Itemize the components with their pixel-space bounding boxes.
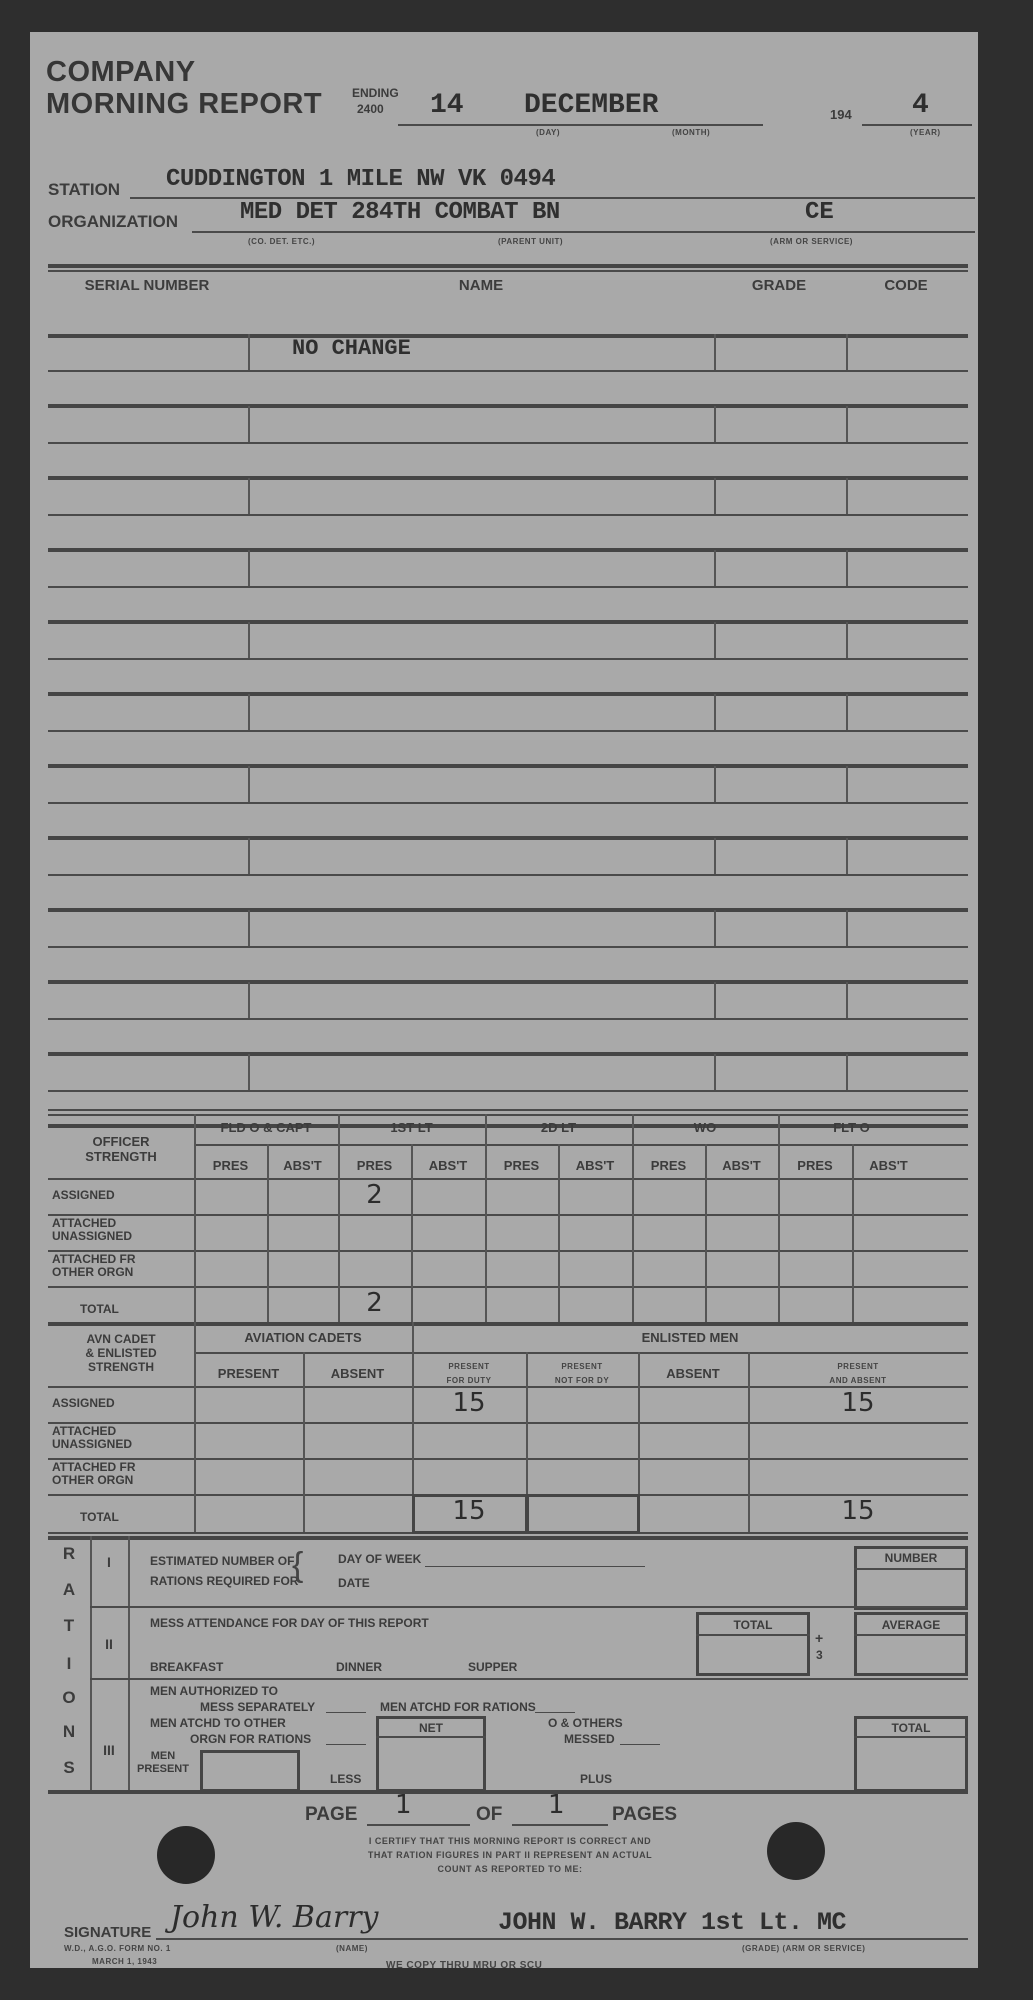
date-underline [398,124,763,126]
roster-pair-rule [48,620,968,624]
roster-col-divider [248,766,250,802]
co-det-caption: (CO. DET. ETC.) [248,237,315,246]
morning-report-form: COMPANY MORNING REPORT ENDING 2400 14 DE… [30,32,978,1968]
roster-col-divider [248,406,250,442]
of-label: OF [476,1804,502,1826]
officer-row-rule [48,1250,968,1252]
roster-header-serial: SERIAL NUMBER [48,277,246,294]
mess-average-label: AVERAGE [854,1618,968,1632]
year-underline [862,124,972,126]
roster-col-divider [714,406,716,442]
roster-pair-rule [48,476,968,480]
roster-col-divider [846,622,848,658]
officer-col-divider [705,1144,707,1322]
officer-col-divider [632,1114,634,1322]
certify-line1: I CERTIFY THAT THIS MORNING REPORT IS CO… [250,1836,770,1846]
present-and-absent-header: PRESENTAND ABSENT [748,1360,968,1388]
mess-average-rule [854,1634,968,1636]
month-caption: (MONTH) [672,128,710,137]
page-underline [367,1824,470,1826]
roster-col-divider [846,982,848,1018]
name-caption: (NAME) [336,1944,368,1953]
number-label: NUMBER [854,1551,968,1565]
officer-sub-header: PRES [485,1158,558,1173]
enlisted-row-rule [48,1422,968,1424]
officer-sub-header: ABS'T [411,1158,485,1173]
authorized-line2: MESS SEPARATELY [200,1700,315,1714]
binder-hole-right [767,1822,825,1880]
officer-sub-header: PRES [194,1158,267,1173]
enlisted-top-rule [48,1322,968,1326]
day-caption: (DAY) [536,128,560,137]
dinner-label: DINNER [336,1660,382,1674]
station-value: CUDDINGTON 1 MILE NW VK 0494 [166,166,555,193]
grade-caption: (GRADE) (ARM OR SERVICE) [742,1944,865,1953]
roster-bottom-rule [48,1109,968,1111]
signature-underline [156,1938,968,1940]
other-orgn-line2: ORGN FOR RATIONS [190,1732,311,1746]
roster-col-divider [846,694,848,730]
report-day: 14 [430,90,464,121]
roster-row-rule [48,1090,968,1092]
officer-group-header: FLD O & CAPT [194,1120,338,1135]
date-label: DATE [338,1576,370,1590]
part1-text1: ESTIMATED NUMBER OF [150,1554,294,1568]
officer-sub-header: ABS'T [705,1158,778,1173]
roster-col-divider [846,478,848,514]
officer-row-rule [48,1178,968,1180]
organization-underline [192,231,975,233]
report-month: DECEMBER [524,90,658,121]
officer-sub-header: PRES [338,1158,411,1173]
roster-top-rule [48,264,968,268]
roster-col-divider [248,478,250,514]
roster-col-divider [846,910,848,946]
form-title-line1: COMPANY [46,56,196,88]
station-label: STATION [48,180,120,200]
form-number: W.D., A.G.O. FORM NO. 1 [64,1944,171,1953]
roster-pair-rule [48,836,968,840]
part2-rule [90,1678,968,1680]
rations-side-letter: S [48,1758,90,1778]
roster-col-divider [714,766,716,802]
enlisted-row-label: ATTACHED FROTHER ORGN [52,1461,136,1487]
officer-col-divider [194,1114,196,1322]
officer-strength-title: OFFICERSTRENGTH [48,1134,194,1164]
roster-col-divider [248,334,250,370]
rations-side-letter: A [48,1580,90,1600]
roster-top-rule-2 [48,270,968,272]
signature-label: SIGNATURE [64,1924,151,1941]
plus-label: PLUS [580,1772,612,1786]
roster-header-code: CODE [846,277,966,294]
day-of-week-field[interactable] [425,1566,645,1567]
pages-label: PAGES [612,1804,677,1826]
men-present-box[interactable] [200,1750,300,1792]
roster-header-name: NAME [248,277,714,294]
roster-col-divider [714,550,716,586]
divide-three: 3 [816,1648,823,1662]
roster-col-divider [248,694,250,730]
enlisted-row-rule [48,1458,968,1460]
supper-label: SUPPER [468,1660,517,1674]
mess-total-rule [696,1634,810,1636]
roster-pair-rule [48,548,968,552]
other-orgn-line1: MEN ATCHD TO OTHER [150,1716,286,1730]
roster-row-rule [48,658,968,660]
officer-row-label: ASSIGNED [52,1188,115,1202]
men-present-label: MENPRESENT [128,1750,198,1776]
roster-col-divider [846,334,848,370]
roster-col-divider [248,550,250,586]
mess-attendance-title: MESS ATTENDANCE FOR DAY OF THIS REPORT [150,1616,429,1630]
roster-col-divider [846,1054,848,1090]
enlisted-strength-title: AVN CADET& ENLISTEDSTRENGTH [48,1332,194,1374]
of-underline [512,1824,608,1826]
roster-pair-rule [48,908,968,912]
officer-group-header: 1ST LT [338,1120,485,1135]
cadets-present-header: PRESENT [194,1366,303,1381]
roster-col-divider [714,838,716,874]
form-date: MARCH 1, 1943 [92,1957,157,1966]
net-box-rule [376,1736,486,1738]
officer-cell: 2 [338,1288,411,1318]
authorized-line1: MEN AUTHORIZED TO [150,1684,278,1698]
part1-text2: RATIONS REQUIRED FOR [150,1574,298,1588]
roster-row-rule [48,730,968,732]
mess-total-label: TOTAL [696,1618,810,1632]
roster-col-divider [248,910,250,946]
present-not-for-duty-header: PRESENTNOT FOR DY [526,1360,638,1388]
roster-col-divider [846,766,848,802]
officer-row-label: TOTAL [80,1302,119,1316]
rations-side-letter: O [48,1688,90,1708]
part1-numeral: I [90,1554,128,1570]
officer-group-header: FLT O [778,1120,925,1135]
enlisted-group-rule [194,1352,968,1354]
signature-script: John W. Barry [170,1900,379,1935]
rations-side-letter: N [48,1722,90,1742]
enlisted-row-label: ASSIGNED [52,1396,115,1410]
atchd-rations-field[interactable] [535,1712,575,1713]
officer-row-label: ATTACHEDUNASSIGNED [52,1217,132,1243]
page-label: PAGE [305,1804,357,1826]
enlisted-col-divider [194,1322,196,1532]
rations-total-rule [854,1736,968,1738]
roster-pair-rule [48,980,968,984]
roster-row-rule [48,442,968,444]
mess-separately-field[interactable] [326,1712,366,1713]
officer-group-header: WO [632,1120,778,1135]
enlisted-men-header: ENLISTED MEN [412,1330,968,1345]
roster-col-divider [714,982,716,1018]
roster-entry-name: NO CHANGE [292,336,411,361]
roster-row-rule [48,514,968,516]
roster-col-divider [714,694,716,730]
roster-pair-rule [48,764,968,768]
of-value: 1 [548,1790,565,1820]
officer-sub-header: PRES [778,1158,852,1173]
officer-col-divider [485,1114,487,1322]
roster-row-rule [48,586,968,588]
organization-unit: MED DET 284TH COMBAT BN [240,199,560,226]
present-for-duty-header: PRESENTFOR DUTY [412,1360,526,1388]
rations-total-label: TOTAL [854,1721,968,1735]
enlisted-cell: 15 [412,1496,526,1526]
roster-col-divider [714,622,716,658]
atchd-rations-label: MEN ATCHD FOR RATIONS [380,1700,536,1714]
rations-side-letter: T [48,1616,90,1636]
officer-col-divider [558,1144,560,1322]
enlisted-cell: 15 [748,1496,968,1526]
arm-caption: (ARM OR SERVICE) [770,237,853,246]
certify-line3: COUNT AS REPORTED TO ME: [250,1864,770,1874]
rations-side-letter: I [48,1654,90,1674]
roster-col-divider [248,622,250,658]
year-caption: (YEAR) [910,128,941,137]
officer-sub-header: ABS'T [852,1158,925,1173]
enlisted-cell: 15 [412,1388,526,1418]
officer-col-divider [852,1144,854,1322]
roster-col-divider [714,334,716,370]
number-box-rule [854,1568,968,1570]
aviation-cadets-header: AVIATION CADETS [194,1330,412,1345]
roster-pair-rule [48,692,968,696]
parent-unit-caption: (PARENT UNIT) [498,237,563,246]
roster-header-rule [48,334,968,338]
part1-rule [90,1606,968,1608]
enlisted-absent-header: ABSENT [638,1366,748,1381]
brace-icon: { [292,1546,303,1585]
rations-bottom-rule [48,1790,968,1794]
roster-col-divider [714,478,716,514]
report-year: 4 [912,90,929,121]
other-orgn-field[interactable] [326,1744,366,1745]
roster-pair-rule [48,1052,968,1056]
officer-col-divider [778,1114,780,1322]
year-prefix: 194 [830,107,852,122]
officer-row-label: ATTACHED FROTHER ORGN [52,1253,136,1279]
officer-sub-header: ABS'T [558,1158,632,1173]
enlisted-row-label: TOTAL [80,1510,119,1524]
o-others-line2: MESSED [564,1732,615,1746]
officer-col-divider [411,1144,413,1322]
roster-row-rule [48,370,968,372]
net-label: NET [376,1721,486,1735]
o-others-line1: O & OTHERS [548,1716,623,1730]
part2-numeral: II [90,1636,128,1652]
roster-col-divider [248,1054,250,1090]
roster-row-rule [48,874,968,876]
certify-line2: THAT RATION FIGURES IN PART II REPRESENT… [250,1850,770,1860]
organization-arm: CE [805,199,834,226]
roster-row-rule [48,1018,968,1020]
roster-col-divider [846,550,848,586]
officer-row-rule [48,1286,968,1288]
enlisted-row-label: ATTACHEDUNASSIGNED [52,1425,132,1451]
part3-numeral: III [90,1742,128,1758]
roster-header-grade: GRADE [714,277,844,294]
officer-sub-header: ABS'T [267,1158,338,1173]
ending-label: ENDING [352,86,399,100]
rations-side-letter: R [48,1544,90,1564]
officer-col-divider [267,1144,269,1322]
officer-sub-header: PRES [632,1158,705,1173]
roster-col-divider [846,406,848,442]
officer-group-header: 2D LT [485,1120,632,1135]
o-others-field[interactable] [620,1744,660,1745]
organization-label: ORGANIZATION [48,212,178,232]
roster-row-rule [48,802,968,804]
roster-col-divider [714,1054,716,1090]
roster-col-divider [714,910,716,946]
cadets-absent-header: ABSENT [303,1366,412,1381]
day-of-week-label: DAY OF WEEK [338,1552,421,1566]
enlisted-cell: 15 [748,1388,968,1418]
ending-time: 2400 [357,102,384,116]
total-present-not-duty-box [526,1494,640,1534]
rations-top-rule [48,1536,968,1540]
less-label: LESS [330,1772,361,1786]
breakfast-label: BREAKFAST [150,1660,223,1674]
roster-col-divider [846,838,848,874]
roster-row-rule [48,946,968,948]
signer-typed-name: JOHN W. BARRY 1st Lt. MC [498,1908,846,1937]
roster-pair-rule [48,404,968,408]
form-title-line2: MORNING REPORT [46,88,322,120]
officer-cell: 2 [338,1180,411,1210]
roster-col-divider [248,838,250,874]
divide-plus: + [815,1630,823,1646]
enlisted-col-divider [303,1352,305,1532]
officer-row-rule [48,1214,968,1216]
copy-note: WE COPY THRU MRU OR SCU [386,1960,542,1971]
roster-col-divider [248,982,250,1018]
page-value: 1 [395,1790,412,1820]
officer-top-rule [48,1114,968,1116]
binder-hole-left [157,1826,215,1884]
